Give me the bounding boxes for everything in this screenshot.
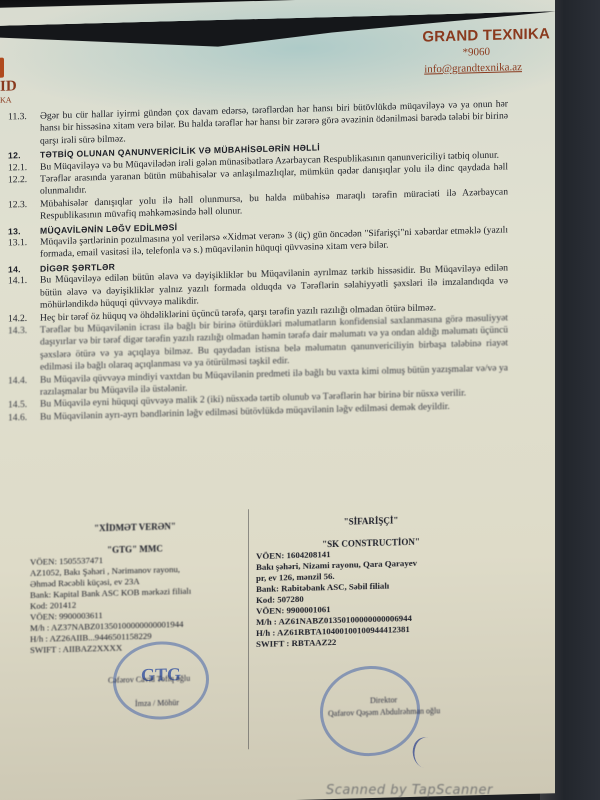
party-details: VÖEN: 1604208141Bakı şəhəri, Nizami rayo… bbox=[256, 545, 486, 650]
clause-number: 14.5. bbox=[8, 399, 40, 412]
clause-number: 14.6. bbox=[8, 411, 40, 424]
clause-number: 12.2. bbox=[8, 174, 40, 200]
clause-number: 14.4. bbox=[8, 374, 40, 400]
clause-number: 12. bbox=[8, 149, 40, 162]
party-role: "SİFARİŞÇİ" bbox=[256, 513, 486, 529]
clause-number: 13.1. bbox=[8, 237, 40, 263]
contract-clauses: 11.3.Əgər bu cür hallar iyirmi gündən ço… bbox=[8, 98, 508, 424]
clause-number: 13. bbox=[8, 224, 40, 237]
director-name: Qafarov Qəşəm Abdulrəhman oğlu bbox=[328, 706, 440, 718]
party-service-provider: "XİDMƏT VERƏN" "GTG" MMC VÖEN: 150553747… bbox=[30, 519, 240, 655]
contract-page: ID KA GRAND TEXNIKA *9060 info@grandtexn… bbox=[0, 0, 555, 800]
clause-number: 12.3. bbox=[8, 199, 40, 225]
logo-mark-icon bbox=[0, 58, 4, 78]
company-logo: ID KA bbox=[0, 79, 17, 107]
signature-label: İmza / Möhür bbox=[135, 698, 179, 708]
phone-number: *9060 bbox=[350, 46, 490, 62]
brand-name: GRAND TEXNIKA bbox=[350, 25, 550, 47]
party-details: VÖEN: 1505537471AZ1052, Bakı Şəhəri , Nə… bbox=[30, 551, 240, 655]
clause-number: 14.1. bbox=[8, 275, 40, 313]
director-title: Direktor bbox=[370, 695, 397, 705]
letterhead: GRAND TEXNIKA *9060 info@grandtexnika.az bbox=[350, 25, 550, 77]
logo-text: ID bbox=[0, 78, 17, 94]
clause-number: 12.1. bbox=[8, 161, 40, 174]
party-customer: "SİFARİŞÇİ" "SK CONSTRUCTİON" VÖEN: 1604… bbox=[256, 513, 486, 650]
clause-number: 11.3. bbox=[8, 111, 40, 149]
signature-section: "XİDMƏT VERƏN" "GTG" MMC VÖEN: 150553747… bbox=[30, 512, 510, 755]
column-divider bbox=[248, 509, 249, 749]
scanner-watermark: Scanned by TapScanner bbox=[326, 783, 493, 798]
email-link[interactable]: info@grandtexnika.az bbox=[350, 61, 522, 78]
clause-number: 14. bbox=[8, 263, 40, 276]
clause-number: 14.3. bbox=[8, 325, 40, 375]
party-role: "XİDMƏT VERƏN" bbox=[30, 519, 240, 534]
clause-number: 14.2. bbox=[8, 312, 40, 325]
logo-subtext: KA bbox=[0, 93, 17, 107]
